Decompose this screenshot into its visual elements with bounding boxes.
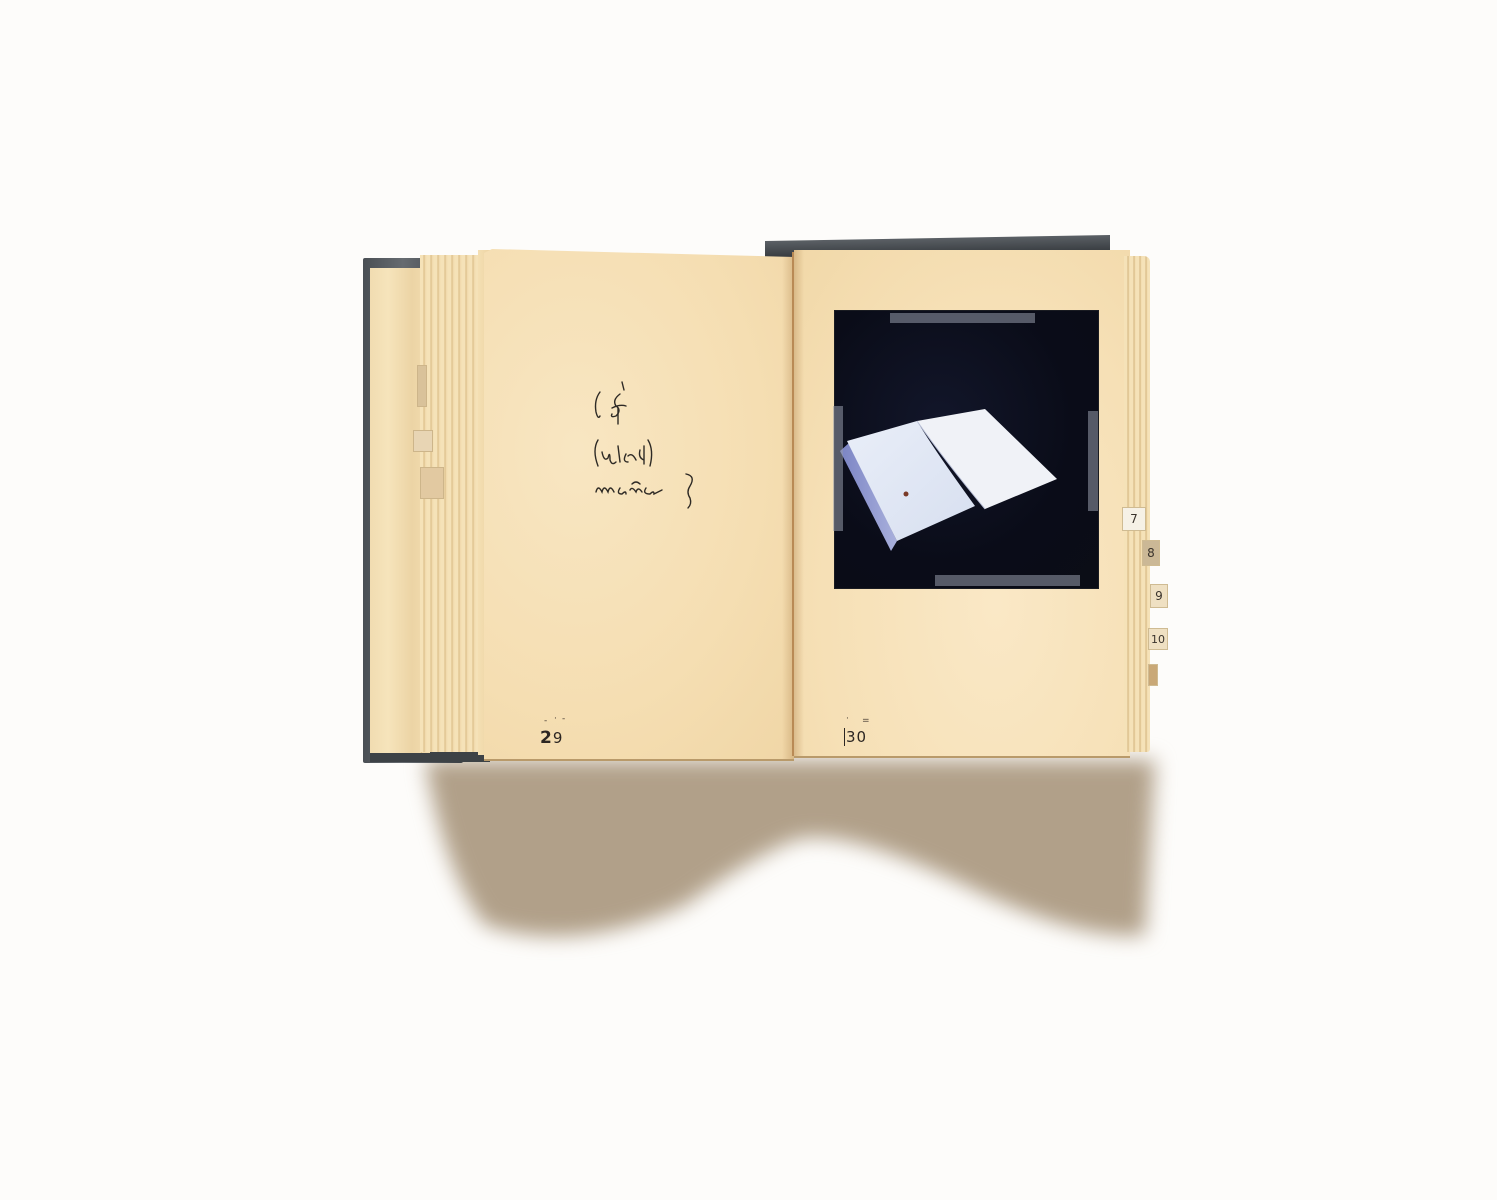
page-number-right-ones: 0 bbox=[857, 728, 868, 746]
page-number-right-tens: 3 bbox=[844, 728, 857, 746]
tape-right bbox=[1088, 411, 1098, 511]
left-glued-tab bbox=[413, 430, 433, 452]
cover-bottom-edge bbox=[370, 752, 490, 762]
book-spine bbox=[792, 252, 794, 756]
book-photograph: ¿sé (usted) mañana? - · - 29 · = 30 bbox=[0, 0, 1497, 1200]
page-number-left: - · - 29 bbox=[540, 728, 563, 748]
book-shadow bbox=[425, 755, 1155, 955]
left-page-stack bbox=[420, 255, 482, 752]
left-glued-tab bbox=[420, 467, 444, 499]
taped-photograph bbox=[834, 310, 1099, 589]
tape-left bbox=[833, 406, 843, 531]
tape-top bbox=[890, 313, 1035, 323]
index-tab-8[interactable]: 8 bbox=[1142, 540, 1160, 566]
index-tab-10[interactable]: 10 bbox=[1148, 628, 1168, 650]
index-tab-7[interactable]: 7 bbox=[1122, 507, 1146, 531]
index-tab-9[interactable]: 9 bbox=[1150, 584, 1168, 608]
left-glued-tab bbox=[417, 365, 427, 407]
handwritten-note: ¿sé (usted) mañana? bbox=[588, 380, 728, 520]
tape-bottom bbox=[935, 575, 1080, 586]
page-number-right: · = 30 bbox=[844, 728, 867, 746]
index-tab-11[interactable] bbox=[1148, 664, 1158, 686]
right-page-stack bbox=[1124, 256, 1150, 752]
page-number-left-ones: 9 bbox=[553, 729, 564, 747]
photo-open-book-image bbox=[835, 311, 1098, 588]
page-number-left-tens: 2 bbox=[540, 728, 553, 748]
